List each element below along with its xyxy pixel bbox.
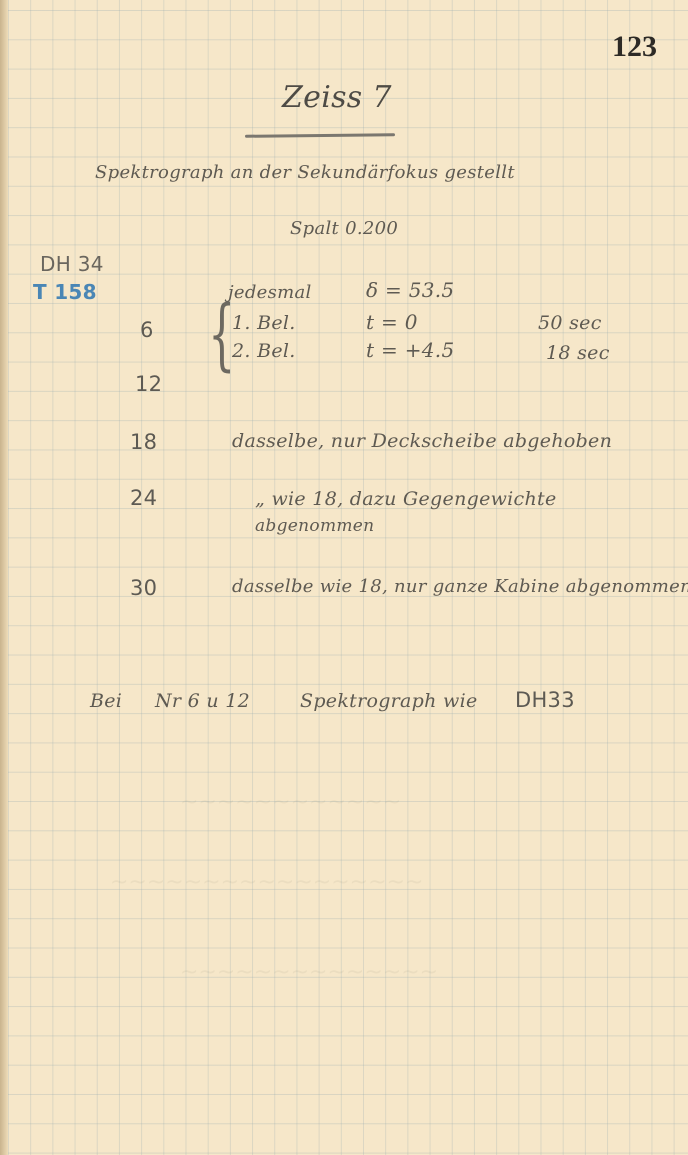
exposure-time: t = 0 [366, 310, 418, 334]
page-edge [0, 0, 8, 1155]
group-label: jedesmal [228, 282, 312, 303]
entry-text: „ wie 18, dazu Gegengewichte [255, 488, 557, 510]
entry-number: 18 [130, 430, 157, 454]
footer-text: Spektrograph wie [300, 690, 478, 712]
entry-number: 24 [130, 486, 157, 510]
entry-text: dasselbe, nur Deckscheibe abgehoben [232, 430, 612, 452]
bleed-through-text: ~~~~~~~~~~~~~~ [180, 960, 438, 985]
exposure-label: 2. Bel. [232, 340, 296, 362]
page-number: 123 [612, 30, 657, 64]
exposure-number: 12 [135, 372, 162, 396]
exposure-duration: 18 sec [546, 342, 610, 364]
entry-text: dasselbe wie 18, nur ganze Kabine abgeno… [232, 576, 688, 597]
setup-note: Spektrograph an der Sekundärfokus gestel… [95, 162, 515, 183]
bleed-through-text: ~~~~~~~~~~~~~~~~~ [110, 870, 423, 895]
entry-number: 30 [130, 576, 157, 600]
telescope-ref-label: T 158 [33, 280, 97, 304]
footer-prefix: Bei [90, 690, 122, 712]
exposure-duration: 50 sec [538, 312, 602, 334]
exposure-time: t = +4.5 [366, 338, 454, 362]
brace-symbol: { [208, 296, 235, 374]
entry-continuation: abgenommen [255, 516, 374, 536]
exposure-label: 1. Bel. [232, 312, 296, 334]
footer-ref: Nr 6 u 12 [155, 690, 250, 712]
exposure-number: 6 [140, 318, 154, 342]
title-underline [245, 133, 395, 138]
footer-series: DH33 [515, 688, 575, 712]
notebook-page: ~~~~~~~~~~~~ ~~~~~~~~~~~~~~~~~ ~~~~~~~~~… [0, 0, 688, 1155]
page-title: Zeiss 7 [282, 80, 392, 115]
bleed-through-text: ~~~~~~~~~~~~ [180, 790, 401, 815]
plate-series-label: DH 34 [40, 252, 104, 276]
delta-value: δ = 53.5 [366, 278, 454, 302]
slit-note: Spalt 0.200 [290, 218, 398, 239]
